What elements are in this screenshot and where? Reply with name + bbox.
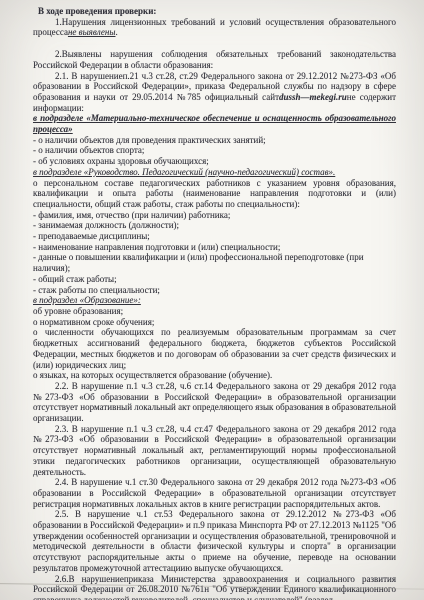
subsection-heading-education: в подраздел «Образование»:: [33, 295, 396, 306]
scanned-document-page: В ходе проведения проверки: 1.Нарушения …: [0, 0, 424, 600]
paragraph-2-2: 2.2. В нарушение п.1 ч.3 ст.28, ч.6 ст.1…: [33, 381, 396, 424]
paragraph-2-5: 2.5. В нарушение ч.1 ст.53 Федерального …: [33, 509, 396, 573]
list-item-education-2: о нормативном сроке обучения;: [33, 317, 396, 328]
report-heading: В ходе проведения проверки:: [38, 6, 396, 17]
list-item-staff-6: - общий стаж работы;: [33, 274, 396, 285]
list-item-education-3: о численности обучающихся по реализуемым…: [33, 327, 396, 370]
list-item-education-1: об уровне образования;: [33, 306, 396, 317]
subsection-heading-leadership: в подразделе «Руководство. Педагогически…: [33, 167, 396, 178]
list-item-staff-3: - преподаваемые дисциплины;: [33, 231, 396, 242]
paragraph-1: 1.Нарушения лицензионных требований и ус…: [33, 17, 396, 38]
paragraph-2-4: 2.4. В нарушение ч.1 ст.30 Федерального …: [33, 477, 396, 509]
list-item-material-2: - о наличии объектов спорта;: [33, 145, 396, 156]
list-item-material-1: - о наличии объектов для проведения прак…: [33, 135, 396, 146]
list-item-staff-7: - стаж работы по специальности;: [33, 285, 396, 296]
website-name: dussh—mekegi.ru: [279, 92, 347, 102]
subsection-heading-material: в подразделе «Материально-техническое об…: [33, 113, 396, 134]
list-item-staff-4: - наименование направления подготовки и …: [33, 242, 396, 253]
paragraph-1-tail: .: [115, 27, 117, 37]
list-item-staff-5: - данные о повышении квалификации и (или…: [33, 252, 396, 273]
list-item-staff-2: - занимаемая должность (должности);: [33, 220, 396, 231]
list-item-material-3: - об условиях охраны здоровья обучающихс…: [33, 156, 396, 167]
paragraph-2: 2.Выявлены нарушения соблюдения обязател…: [33, 49, 396, 70]
list-item-staff-1: - фамилия, имя, отчество (при наличии) р…: [33, 210, 396, 221]
paragraph-2-1: 2.1. В нарушениеп.21 ч.3 ст.28, ст.29 Фе…: [33, 71, 396, 114]
list-item-education-4: о языках, на которых осуществляется обра…: [33, 370, 396, 381]
paragraph-1-emphasis: не выявлены: [68, 27, 116, 37]
blank-line: [33, 38, 396, 49]
paragraph-2-3: 2.3. В нарушение п.1 ч.3 ст.28, ч.4 ст.4…: [33, 424, 396, 478]
document-content: В ходе проведения проверки: 1.Нарушения …: [33, 6, 396, 600]
paragraph-staff: о персональном составе педагогических ра…: [33, 178, 396, 210]
